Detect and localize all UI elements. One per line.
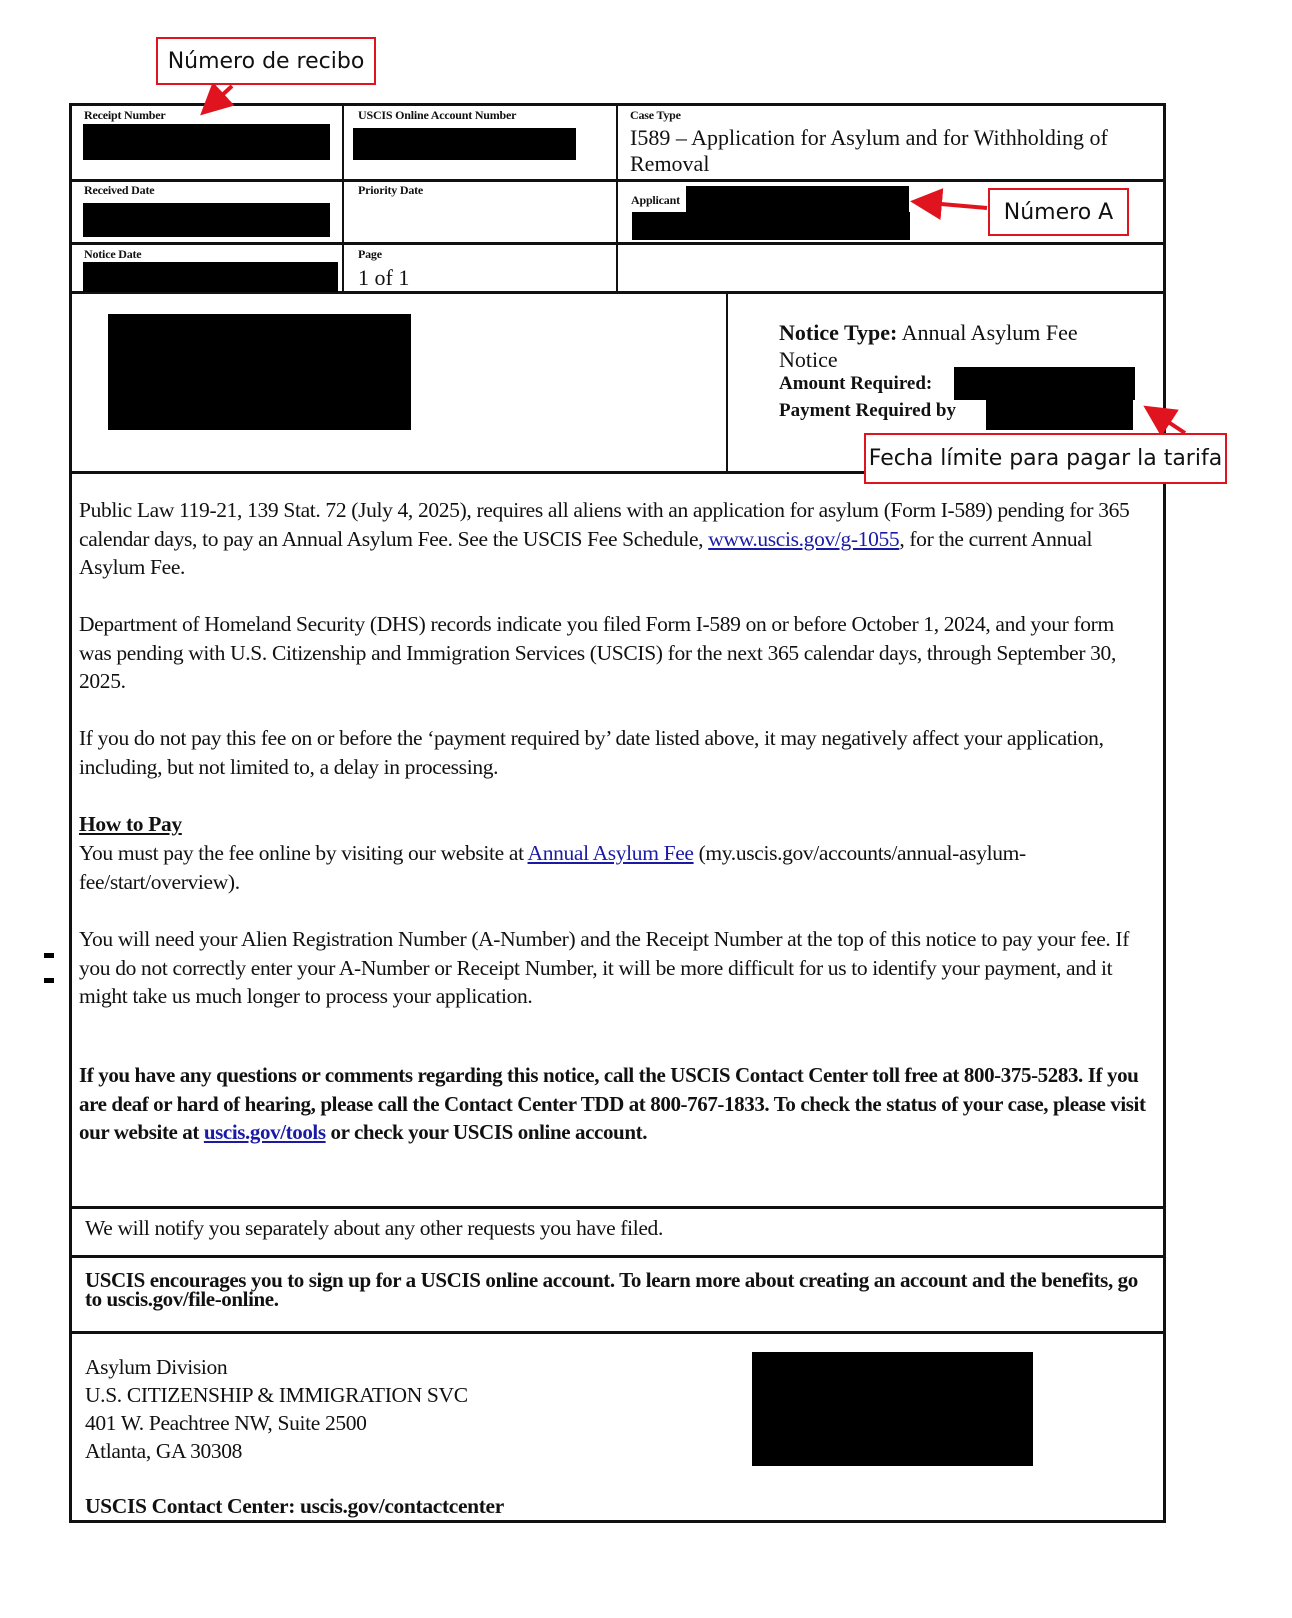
annotation-arrows	[0, 0, 1292, 1618]
annotation-a-number: Número A	[988, 188, 1129, 236]
annotation-receipt-number: Número de recibo	[156, 37, 376, 85]
annotation-payment-deadline: Fecha límite para pagar la tarifa	[864, 433, 1227, 484]
